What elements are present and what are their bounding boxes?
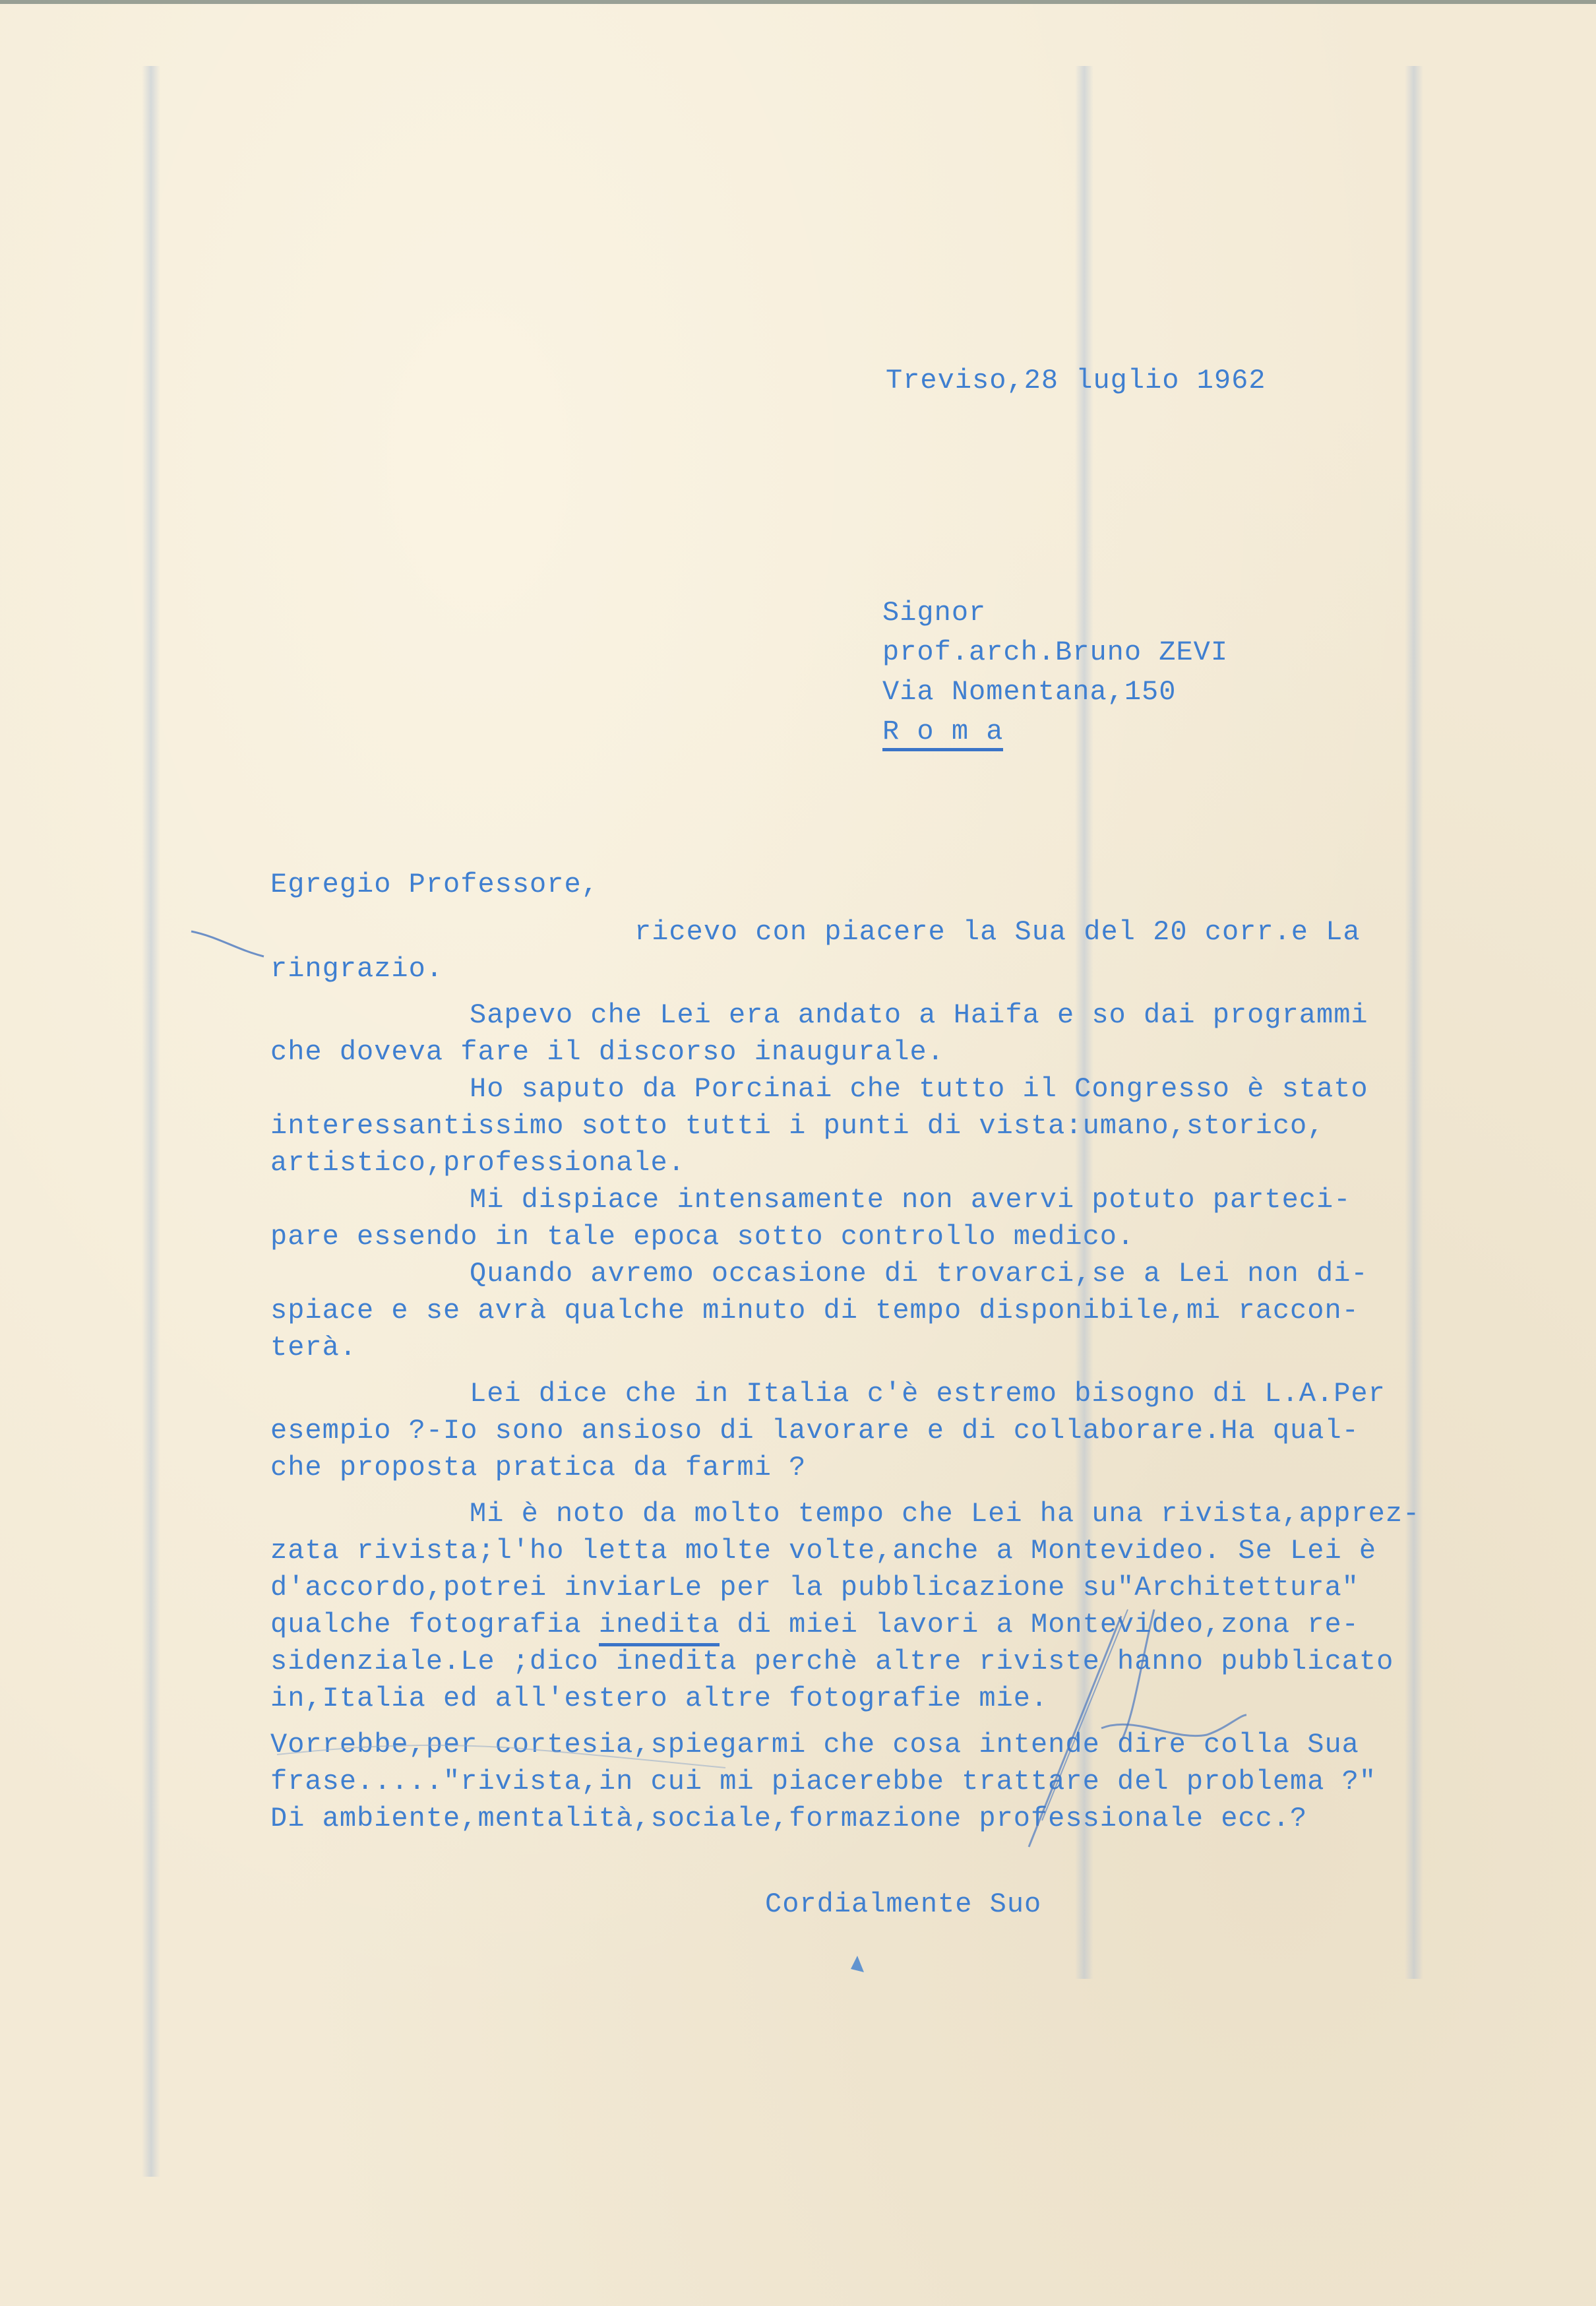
handwritten-pen-marks: [0, 0, 1596, 2306]
letter-page: Treviso,28 luglio 1962 Signor prof.arch.…: [0, 0, 1596, 2306]
